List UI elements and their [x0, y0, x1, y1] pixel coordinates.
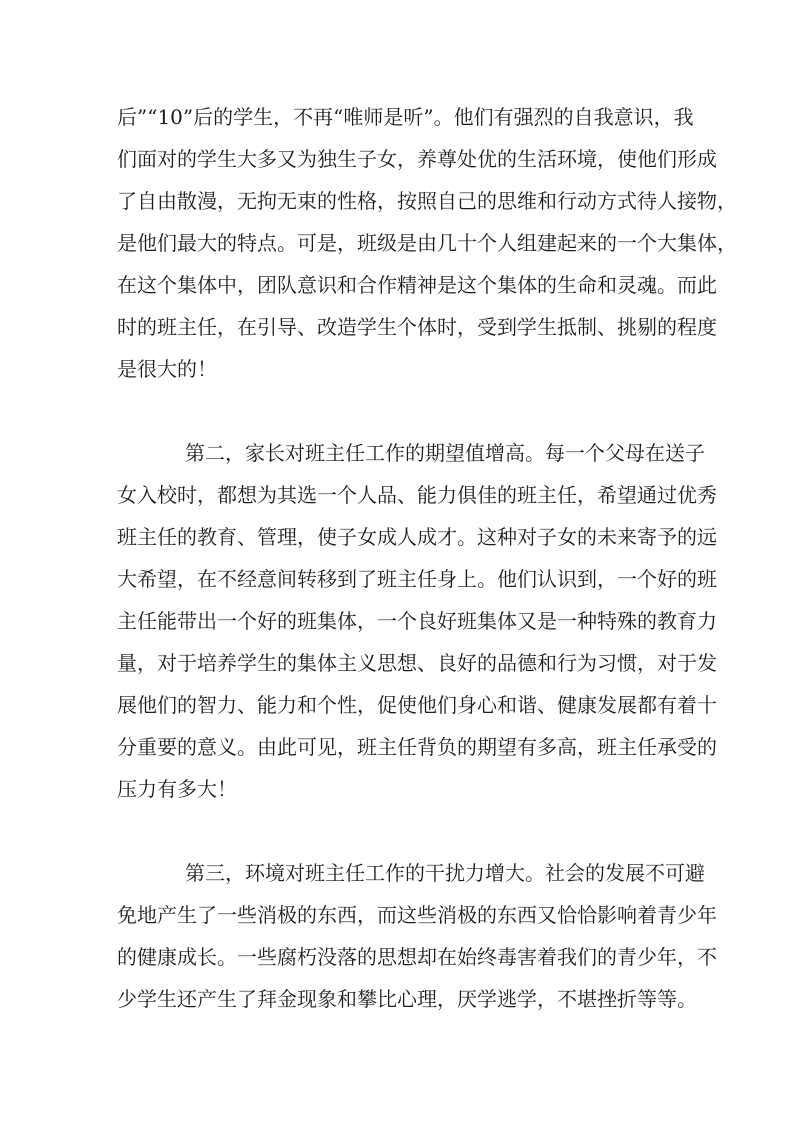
text-line: 班主任的教育、管理，使子女成人成才。这种对子女的未来寄予的远 — [117, 516, 680, 558]
text-line: 展他们的智力、能力和个性，促使他们身心和谐、健康发展都有着十 — [117, 684, 680, 726]
text-line: 在这个集体中，团队意识和合作精神是这个集体的生命和灵魂。而此 — [117, 264, 680, 306]
text-line: 量，对于培养学生的集体主义思想、良好的品德和行为习惯，对于发 — [117, 642, 680, 684]
text-line: 第二，家长对班主任工作的期望值增高。每一个父母在送子 — [117, 432, 680, 474]
document-body: 后”“10”后的学生，不再“唯师是听”。他们有强烈的自我意识，我们面对的学生大多… — [117, 96, 680, 1020]
text-line: 是很大的！ — [117, 348, 680, 390]
text-line: 压力有多大！ — [117, 768, 680, 810]
text-line: 是他们最大的特点。可是，班级是由几十个人组建起来的一个大集体， — [117, 222, 680, 264]
document-page: 后”“10”后的学生，不再“唯师是听”。他们有强烈的自我意识，我们面对的学生大多… — [0, 0, 793, 1122]
paragraph: 后”“10”后的学生，不再“唯师是听”。他们有强烈的自我意识，我们面对的学生大多… — [117, 96, 680, 390]
text-line: 女入校时，都想为其选一个人品、能力俱佳的班主任，希望通过优秀 — [117, 474, 680, 516]
text-line: 时的班主任，在引导、改造学生个体时，受到学生抵制、挑剔的程度 — [117, 306, 680, 348]
text-line: 免地产生了一些消极的东西，而这些消极的东西又恰恰影响着青少年 — [117, 894, 680, 936]
paragraph: 第二，家长对班主任工作的期望值增高。每一个父母在送子女入校时，都想为其选一个人品… — [117, 432, 680, 810]
text-line: 分重要的意义。由此可见，班主任背负的期望有多高，班主任承受的 — [117, 726, 680, 768]
text-line: 的健康成长。一些腐朽没落的思想却在始终毒害着我们的青少年，不 — [117, 936, 680, 978]
text-line: 们面对的学生大多又为独生子女，养尊处优的生活环境，使他们形成 — [117, 138, 680, 180]
text-line: 后”“10”后的学生，不再“唯师是听”。他们有强烈的自我意识，我 — [117, 96, 680, 138]
text-line: 大希望，在不经意间转移到了班主任身上。他们认识到，一个好的班 — [117, 558, 680, 600]
text-line: 第三，环境对班主任工作的干扰力增大。社会的发展不可避 — [117, 852, 680, 894]
paragraph: 第三，环境对班主任工作的干扰力增大。社会的发展不可避免地产生了一些消极的东西，而… — [117, 852, 680, 1020]
text-line: 了自由散漫，无拘无束的性格，按照自己的思维和行动方式待人接物， — [117, 180, 680, 222]
text-line: 主任能带出一个好的班集体，一个良好班集体又是一种特殊的教育力 — [117, 600, 680, 642]
text-line: 少学生还产生了拜金现象和攀比心理，厌学逃学，不堪挫折等等。 — [117, 978, 680, 1020]
